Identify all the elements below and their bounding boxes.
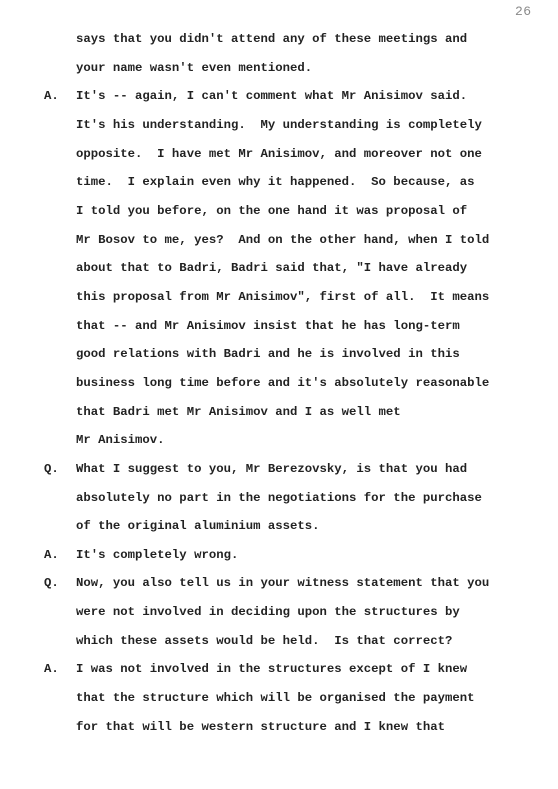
line-text: that the structure which will be organis…: [76, 684, 474, 713]
page-number: 26: [515, 4, 532, 19]
line-text: It's -- again, I can't comment what Mr A…: [76, 82, 467, 111]
speaker-label: A.: [44, 655, 59, 684]
transcript-line: that Badri met Mr Anisimov and I as well…: [0, 398, 558, 427]
line-text: It's completely wrong.: [76, 541, 238, 570]
speaker-label: A.: [44, 82, 59, 111]
line-text: that -- and Mr Anisimov insist that he h…: [76, 312, 460, 341]
transcript-line: about that to Badri, Badri said that, "I…: [0, 254, 558, 283]
line-text: good relations with Badri and he is invo…: [76, 340, 460, 369]
line-text: opposite. I have met Mr Anisimov, and mo…: [76, 140, 482, 169]
line-text: Now, you also tell us in your witness st…: [76, 569, 489, 598]
transcript-line: of the original aluminium assets.: [0, 512, 558, 541]
line-text: I was not involved in the structures exc…: [76, 655, 467, 684]
transcript-line: Q.What I suggest to you, Mr Berezovsky, …: [0, 455, 558, 484]
transcript-line: good relations with Badri and he is invo…: [0, 340, 558, 369]
transcript-line: opposite. I have met Mr Anisimov, and mo…: [0, 140, 558, 169]
transcript-line: It's his understanding. My understanding…: [0, 111, 558, 140]
transcript-line: says that you didn't attend any of these…: [0, 25, 558, 54]
line-text: I told you before, on the one hand it wa…: [76, 197, 467, 226]
line-text: Mr Anisimov.: [76, 426, 165, 455]
transcript-line: your name wasn't even mentioned.: [0, 54, 558, 83]
transcript-lines: says that you didn't attend any of these…: [0, 25, 558, 741]
line-text: this proposal from Mr Anisimov", first o…: [76, 283, 489, 312]
line-text: What I suggest to you, Mr Berezovsky, is…: [76, 455, 467, 484]
line-text: It's his understanding. My understanding…: [76, 111, 482, 140]
transcript-line: absolutely no part in the negotiations f…: [0, 484, 558, 513]
line-text: absolutely no part in the negotiations f…: [76, 484, 482, 513]
transcript-line: for that will be western structure and I…: [0, 713, 558, 742]
transcript-line: A.I was not involved in the structures e…: [0, 655, 558, 684]
line-text: Mr Bosov to me, yes? And on the other ha…: [76, 226, 489, 255]
transcript-line: Mr Anisimov.: [0, 426, 558, 455]
line-text: business long time before and it's absol…: [76, 369, 489, 398]
line-text: time. I explain even why it happened. So…: [76, 168, 474, 197]
line-text: your name wasn't even mentioned.: [76, 54, 312, 83]
transcript-line: A.It's completely wrong.: [0, 541, 558, 570]
line-text: says that you didn't attend any of these…: [76, 25, 467, 54]
speaker-label: Q.: [44, 455, 59, 484]
transcript-line: I told you before, on the one hand it wa…: [0, 197, 558, 226]
transcript-line: that the structure which will be organis…: [0, 684, 558, 713]
transcript-line: that -- and Mr Anisimov insist that he h…: [0, 312, 558, 341]
line-text: about that to Badri, Badri said that, "I…: [76, 254, 467, 283]
transcript-line: A.It's -- again, I can't comment what Mr…: [0, 82, 558, 111]
transcript-page: 26 says that you didn't attend any of th…: [0, 0, 558, 789]
transcript-line: time. I explain even why it happened. So…: [0, 168, 558, 197]
line-text: which these assets would be held. Is tha…: [76, 627, 452, 656]
transcript-line: Mr Bosov to me, yes? And on the other ha…: [0, 226, 558, 255]
transcript-line: which these assets would be held. Is tha…: [0, 627, 558, 656]
transcript-line: were not involved in deciding upon the s…: [0, 598, 558, 627]
line-text: for that will be western structure and I…: [76, 713, 445, 742]
speaker-label: A.: [44, 541, 59, 570]
transcript-line: this proposal from Mr Anisimov", first o…: [0, 283, 558, 312]
line-text: that Badri met Mr Anisimov and I as well…: [76, 398, 401, 427]
transcript-line: Q.Now, you also tell us in your witness …: [0, 569, 558, 598]
speaker-label: Q.: [44, 569, 59, 598]
line-text: of the original aluminium assets.: [76, 512, 320, 541]
transcript-line: business long time before and it's absol…: [0, 369, 558, 398]
line-text: were not involved in deciding upon the s…: [76, 598, 460, 627]
